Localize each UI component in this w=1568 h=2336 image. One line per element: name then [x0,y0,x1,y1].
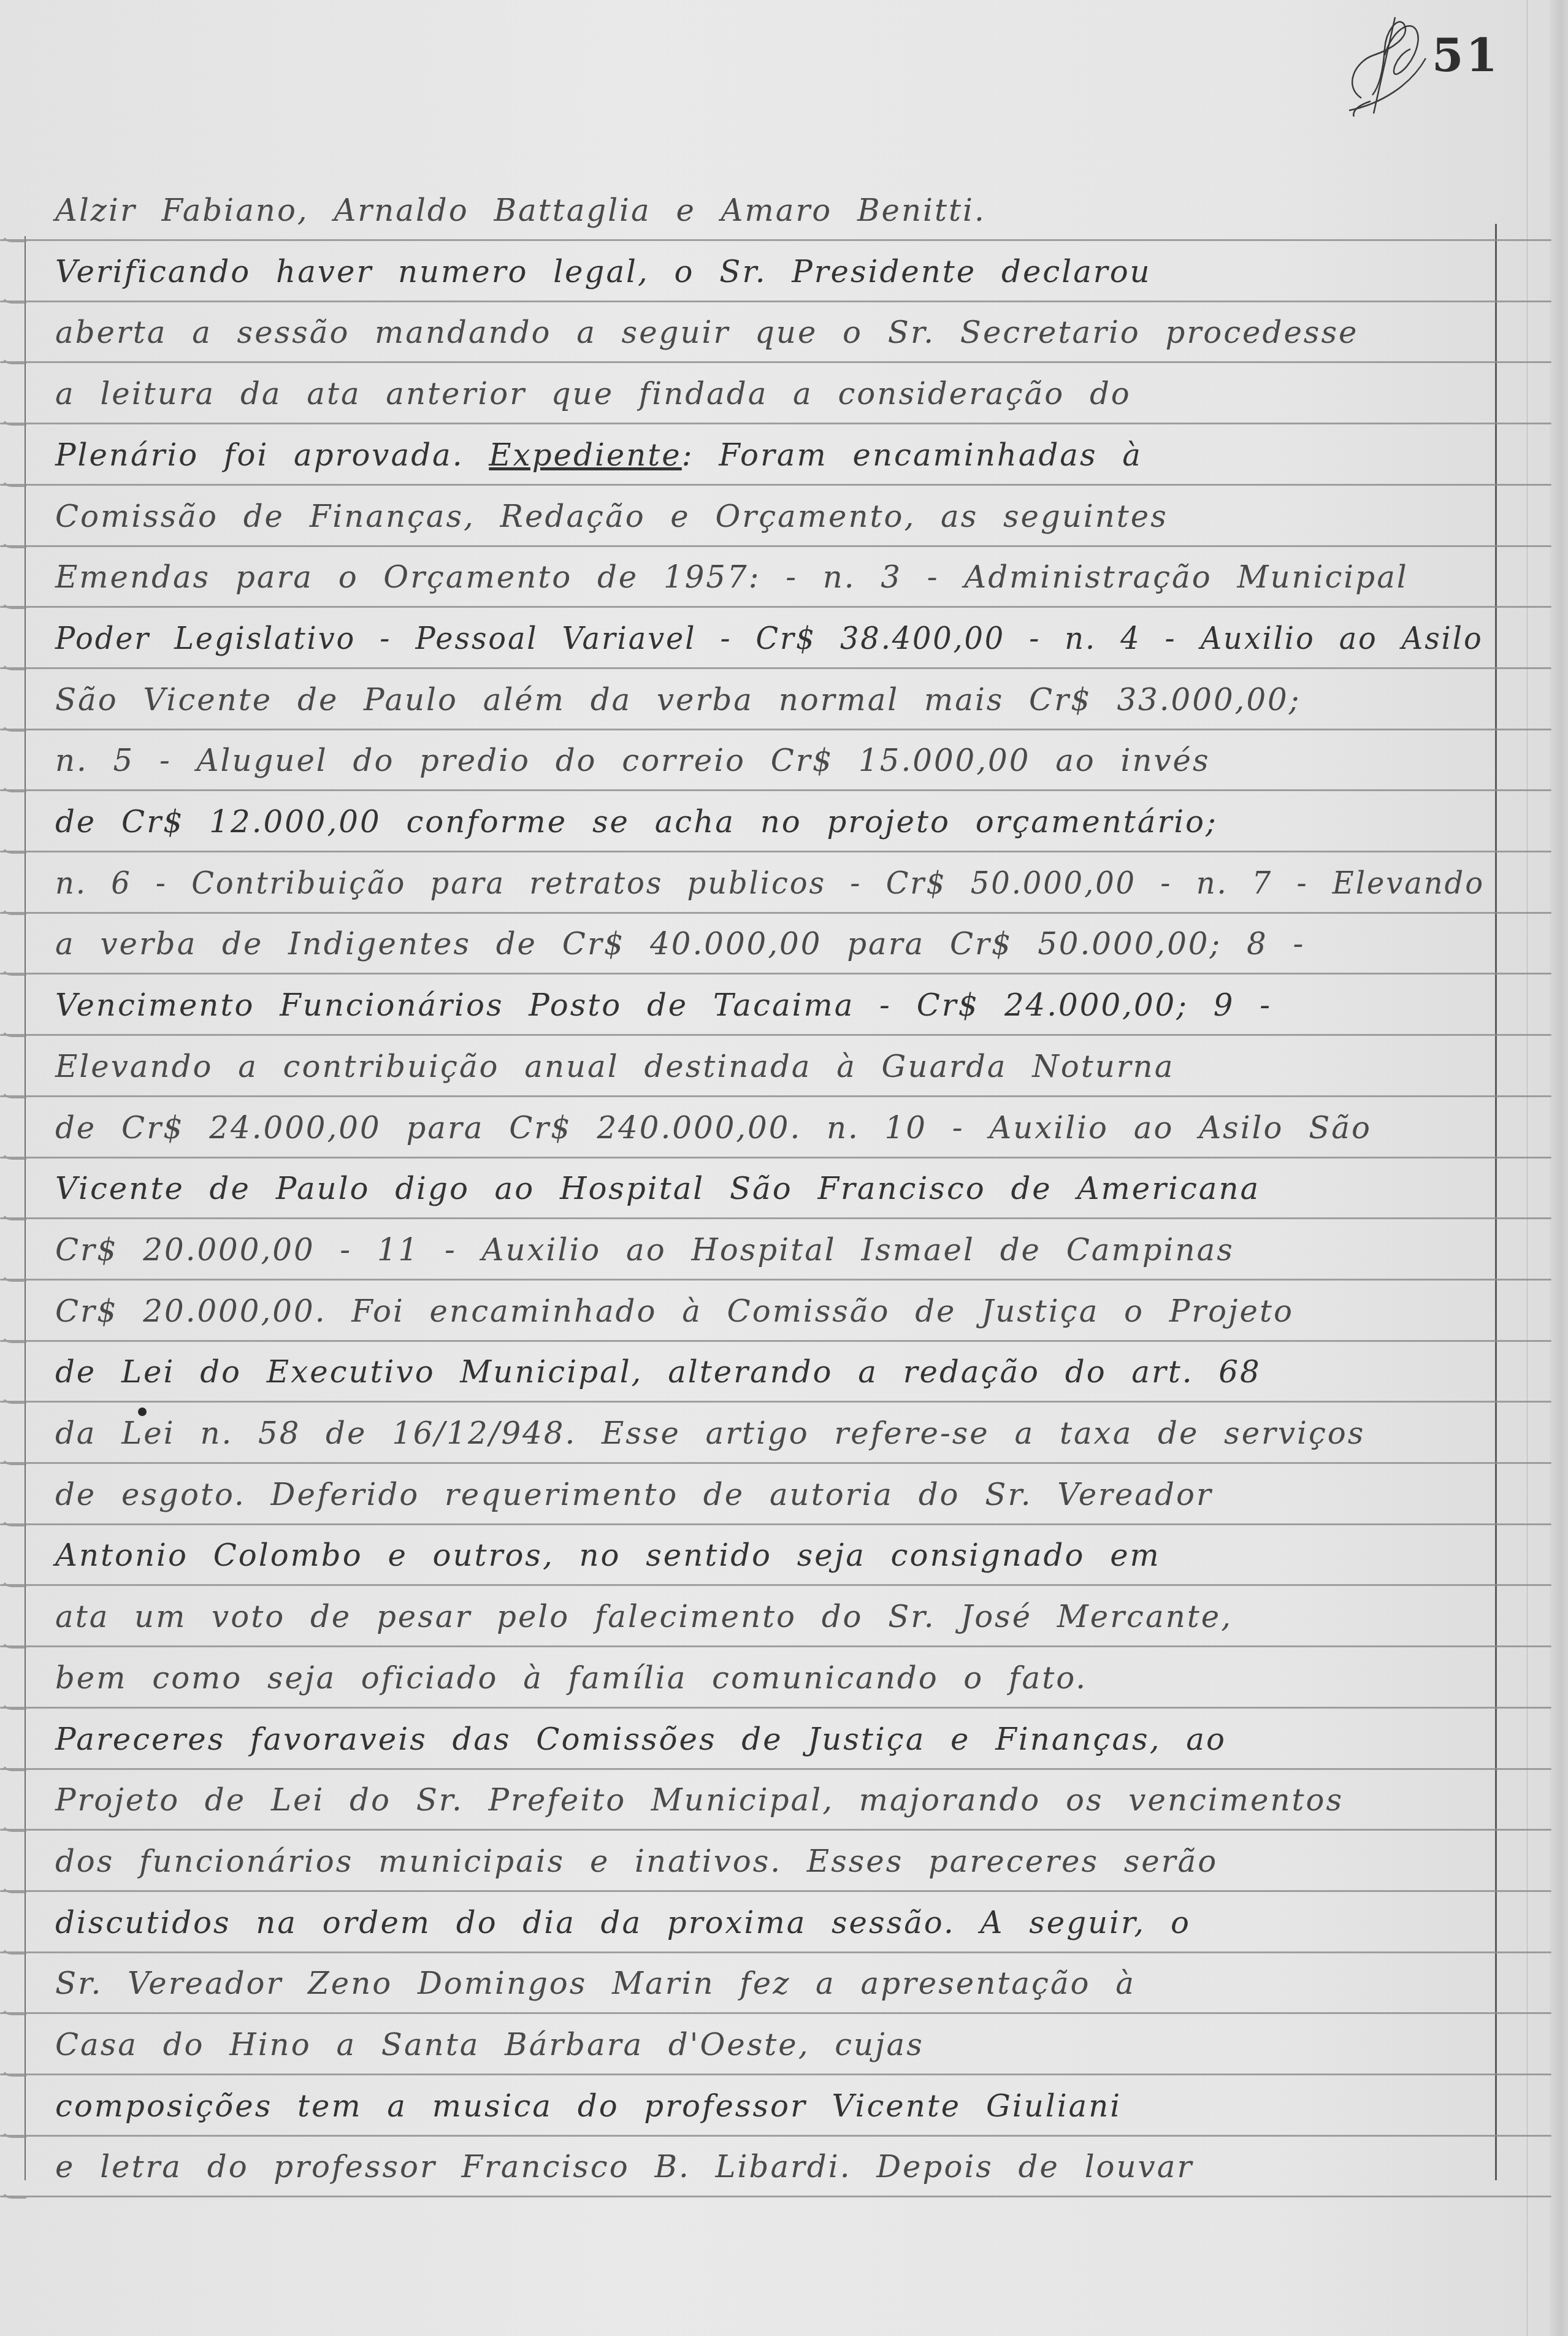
right-margin-line [1495,224,1497,2180]
handwritten-line: ata um voto de pesar pelo falecimento do… [55,1589,1491,1644]
underlined-heading-word: Expediente [489,437,682,473]
handwritten-line: Projeto de Lei do Sr. Prefeito Municipal… [55,1772,1491,1828]
ruled-line [0,667,1551,669]
page-number: 51 [1432,29,1500,82]
ruled-line [0,2074,1551,2075]
faint-guide-line [1527,0,1528,2336]
ruled-line [0,1890,1551,1892]
handwritten-line: Cr$ 20.000,00. Foi encaminhado à Comissã… [55,1284,1491,1339]
ruled-line [0,1707,1551,1709]
ruled-line [0,1401,1551,1403]
handwritten-line: Casa do Hino a Santa Bárbara d'Oeste, cu… [55,2017,1491,2072]
ruled-line [0,239,1551,241]
ruled-line [0,1523,1551,1525]
handwritten-line: São Vicente de Paulo além da verba norma… [55,672,1491,727]
handwritten-line: n. 5 - Aluguel do predio do correio Cr$ … [55,733,1491,788]
ruled-line [0,545,1551,547]
ruled-line [0,2196,1551,2197]
handwritten-line: Alzir Fabiano, Arnaldo Battaglia e Amaro… [55,183,1491,238]
handwritten-line: Pareceres favoraveis das Comissões de Ju… [55,1712,1491,1767]
ruled-line [0,2135,1551,2137]
ledger-page: 51 Alzir Fabiano, Arnaldo Battaglia e Am… [0,0,1568,2336]
ruled-line [0,729,1551,730]
folio-header: 51 [1337,12,1533,117]
ruled-line [0,1340,1551,1342]
handwritten-line: n. 6 - Contribuição para retratos public… [55,856,1490,911]
ruled-line [0,423,1551,424]
ruled-line [0,1279,1551,1281]
ruled-line [0,1034,1551,1036]
handwritten-line: a leitura da ata anterior que findada a … [55,366,1491,421]
ruled-line [0,2012,1551,2014]
handwritten-line: Plenário foi aprovada. Expediente: Foram… [55,427,1491,483]
ruled-line [0,1584,1551,1586]
handwritten-line: composições tem a musica do professor Vi… [55,2078,1491,2134]
handwritten-line: Vicente de Paulo digo ao Hospital São Fr… [55,1161,1491,1216]
handwritten-line: Elevando a contribuição anual destinada … [55,1039,1491,1094]
handwritten-line: Cr$ 20.000,00 - 11 - Auxilio ao Hospital… [55,1222,1491,1277]
ruled-line [0,1217,1551,1219]
ruled-line [0,484,1551,486]
handwritten-line: e letra do professor Francisco B. Libard… [55,2139,1491,2194]
page-edge-shadow [1550,0,1568,2336]
ruled-line [0,973,1551,975]
handwritten-line: da Lei n. 58 de 16/12/948. Esse artigo r… [55,1406,1491,1461]
ruled-line [0,1157,1551,1158]
handwritten-line: Verificando haver numero legal, o Sr. Pr… [55,244,1491,299]
handwritten-line: a verba de Indigentes de Cr$ 40.000,00 p… [55,916,1491,971]
ruled-line [0,1768,1551,1770]
handwritten-line: discutidos na ordem do dia da proxima se… [55,1895,1491,1950]
ruled-line [0,851,1551,852]
ruled-line [0,912,1551,914]
ruled-line [0,301,1551,302]
handwritten-line: aberta a sessão mandando a seguir que o … [55,305,1491,360]
ruled-line [0,1095,1551,1097]
handwritten-line: Antonio Colombo e outros, no sentido sej… [55,1528,1491,1583]
handwritten-line: Emendas para o Orçamento de 1957: - n. 3… [55,550,1491,605]
handwritten-line: Sr. Vereador Zeno Domingos Marin fez a a… [55,1956,1491,2011]
handwritten-line: de Cr$ 12.000,00 conforme se acha no pro… [55,794,1491,849]
signature-rubric-icon [1337,12,1429,117]
ruled-line [0,789,1551,791]
handwritten-line: bem como seja oficiado à família comunic… [55,1650,1491,1706]
handwritten-line: dos funcionários municipais e inativos. … [55,1834,1491,1889]
ruled-line [0,606,1551,608]
handwritten-line: de Cr$ 24.000,00 para Cr$ 240.000,00. n.… [55,1100,1491,1155]
handwritten-line: Poder Legislativo - Pessoal Variavel - C… [55,611,1489,666]
ruled-line [0,1829,1551,1831]
handwritten-line: de esgoto. Deferido requerimento de auto… [55,1467,1491,1522]
ruled-line [0,1951,1551,1953]
handwritten-line: de Lei do Executivo Municipal, alterando… [55,1344,1491,1400]
handwritten-line: Vencimento Funcionários Posto de Tacaima… [55,978,1491,1033]
ruled-line [0,1645,1551,1647]
ruled-line [0,361,1551,363]
ruled-line [0,1462,1551,1464]
ink-blot [138,1407,147,1416]
handwritten-line: Comissão de Finanças, Redação e Orçament… [55,489,1491,544]
